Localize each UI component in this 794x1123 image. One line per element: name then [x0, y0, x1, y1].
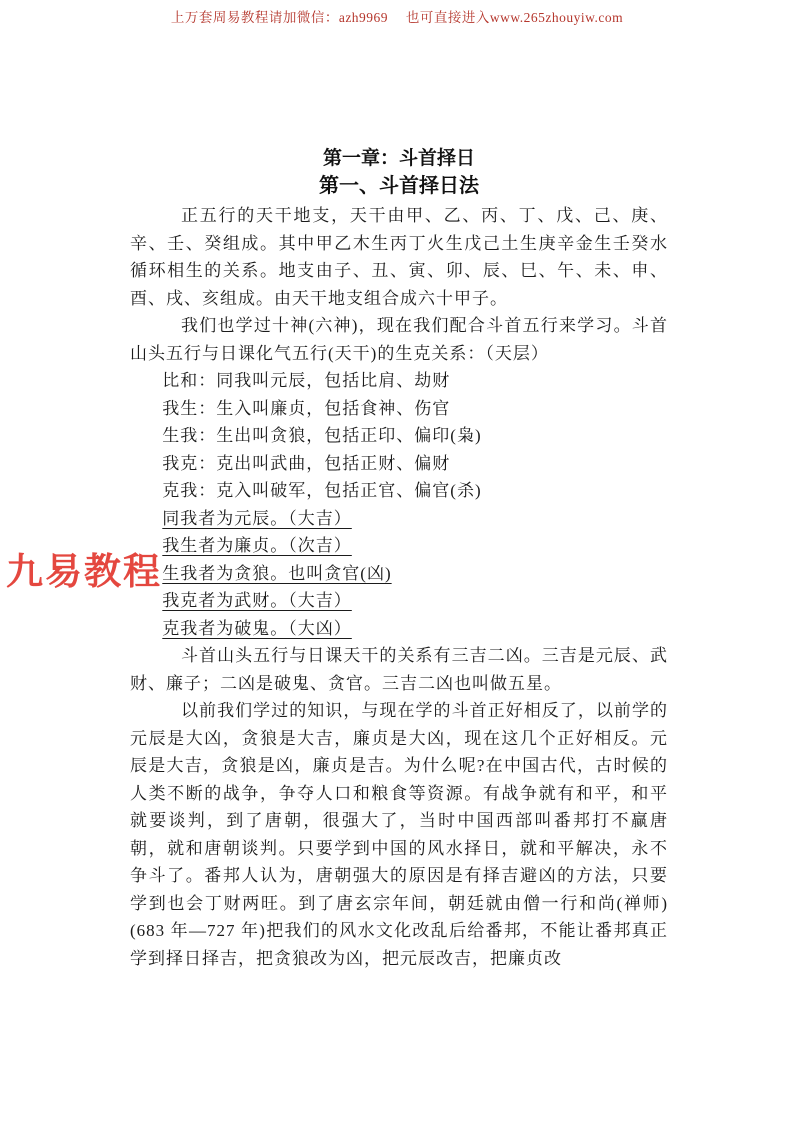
- summary-line-wucai: 我克者为武财。（大吉）: [130, 587, 668, 615]
- section-title: 第一、斗首择日法: [130, 172, 668, 200]
- chapter-title: 第一章：斗首择日: [130, 146, 668, 172]
- relation-line-bihe: 比和：同我叫元辰，包括比肩、劫财: [130, 367, 668, 395]
- paragraph-ten-gods: 我们也学过十神(六神)，现在我们配合斗首五行来学习。斗首山头五行与日课化气五行(…: [130, 312, 668, 367]
- paragraph-five-elements: 正五行的天干地支，天干由甲、乙、丙、丁、戊、己、庚、辛、壬、癸组成。其中甲乙木生…: [130, 202, 668, 312]
- body-text: 正五行的天干地支，天干由甲、乙、丙、丁、戊、己、庚、辛、壬、癸组成。其中甲乙木生…: [130, 202, 668, 972]
- summary-line-pogui: 克我者为破鬼。（大凶）: [130, 615, 668, 643]
- relation-line-shengwo: 生我：生出叫贪狼，包括正印、偏印(枭): [130, 422, 668, 450]
- document-content: 第一章：斗首择日 第一、斗首择日法 正五行的天干地支，天干由甲、乙、丙、丁、戊、…: [130, 146, 668, 972]
- paragraph-history: 以前我们学过的知识，与现在学的斗首正好相反了，以前学的元辰是大凶，贪狼是大吉，廉…: [130, 697, 668, 972]
- relation-line-wosheng: 我生：生入叫廉贞，包括食神、伤官: [130, 395, 668, 423]
- summary-line-yuanchen: 同我者为元辰。（大吉）: [130, 505, 668, 533]
- relation-line-kewo: 克我：克入叫破军，包括正官、偏官(杀): [130, 477, 668, 505]
- document-page: 上万套周易教程请加微信：azh9969 也可直接进入www.265zhouyiw…: [0, 0, 794, 1123]
- page-header-ad: 上万套周易教程请加微信：azh9969 也可直接进入www.265zhouyiw…: [0, 6, 794, 26]
- paragraph-three-lucky: 斗首山头五行与日课天干的关系有三吉二凶。三吉是元辰、武财、廉子；二凶是破鬼、贪官…: [130, 642, 668, 697]
- summary-line-lianzhen: 我生者为廉贞。（次吉）: [130, 532, 668, 560]
- header-ad-text: 上万套周易教程请加微信：azh9969 也可直接进入www.265zhouyiw…: [171, 10, 623, 25]
- summary-line-tanlang: 生我者为贪狼。也叫贪官(凶): [130, 560, 668, 588]
- relation-line-woke: 我克：克出叫武曲，包括正财、偏财: [130, 450, 668, 478]
